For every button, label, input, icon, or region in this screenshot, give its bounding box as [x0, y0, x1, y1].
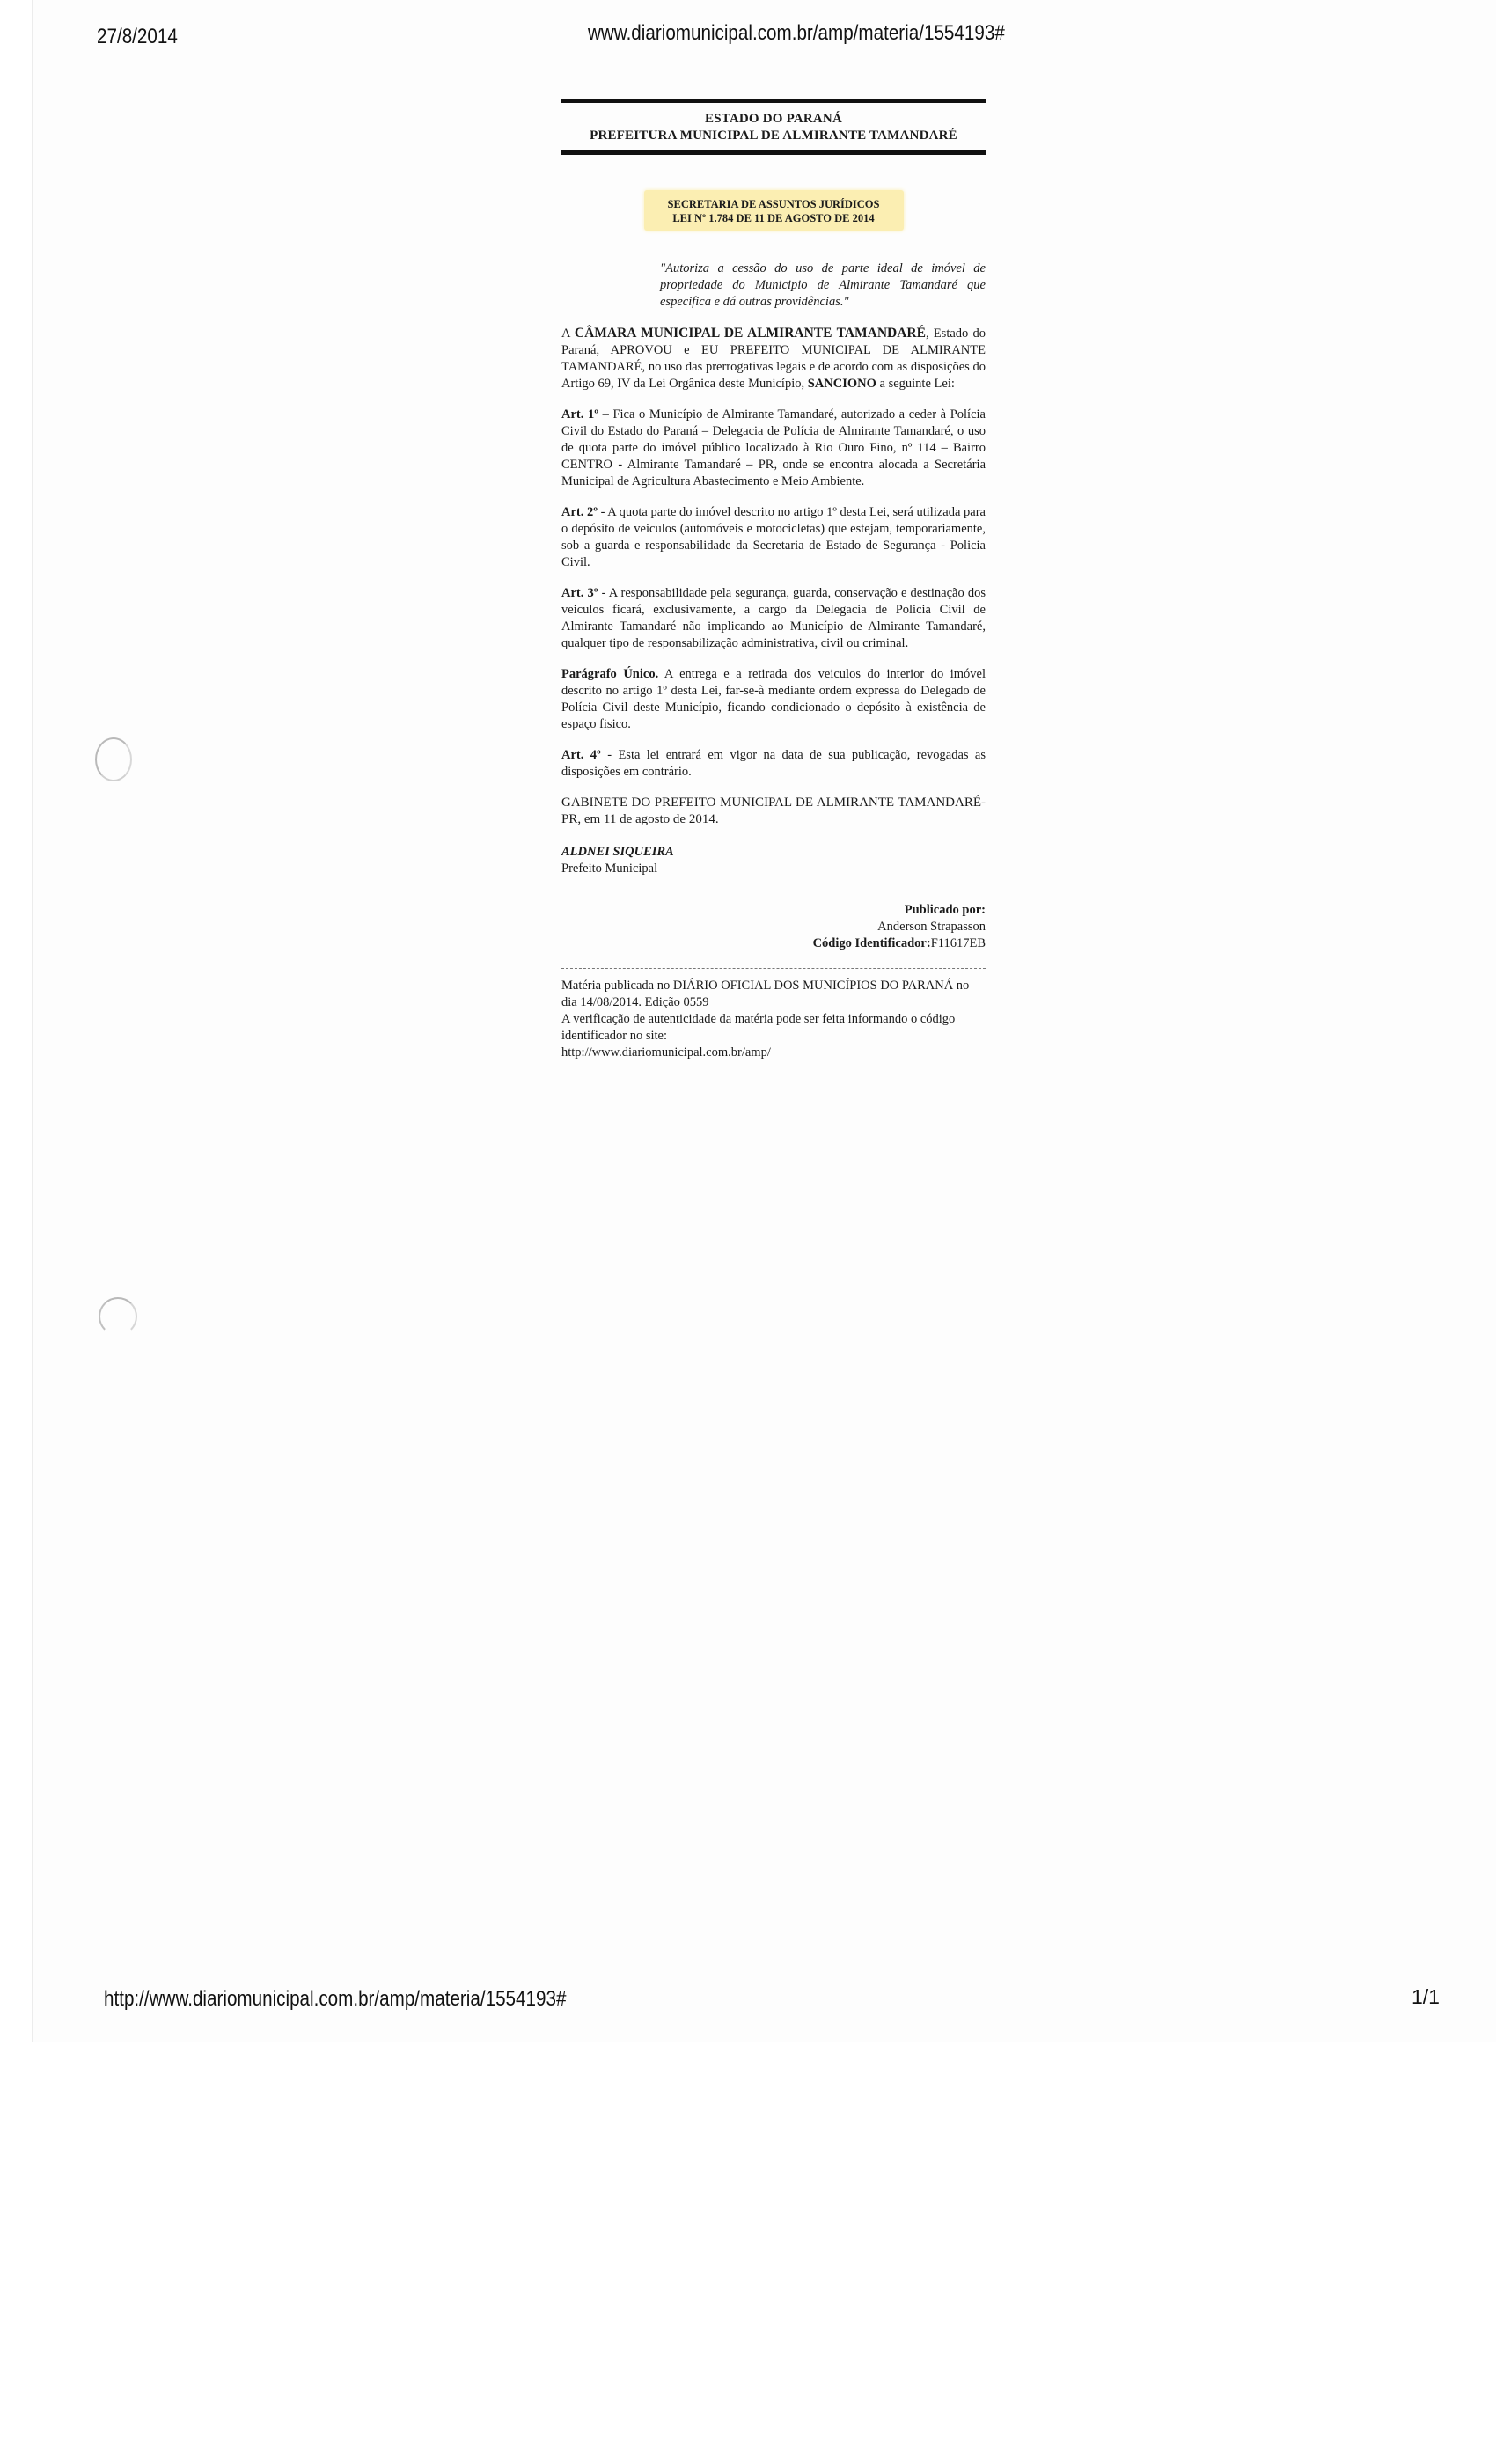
identifier-code: F11617EB	[931, 936, 986, 950]
chamber-name: CÂMARA MUNICIPAL DE ALMIRANTE TAMANDARÉ	[575, 326, 926, 341]
article-label: Art. 3º	[561, 586, 598, 600]
cabinet-dateline: GABINETE DO PREFEITO MUNICIPAL DE ALMIRA…	[561, 795, 986, 828]
law-document: ESTADO DO PARANÁ PREFEITURA MUNICIPAL DE…	[561, 99, 986, 1061]
header-rule-bottom	[561, 150, 986, 155]
article-label: Art. 4º	[561, 748, 601, 762]
punch-hole-icon	[95, 737, 132, 781]
article-text: - Esta lei entrará em vigor na data de s…	[561, 748, 986, 779]
signature-block: ALDNEI SIQUEIRA Prefeito Municipal	[561, 844, 986, 877]
print-date: 27/8/2014	[97, 25, 178, 49]
signer-title: Prefeito Municipal	[561, 861, 986, 877]
publisher-name: Anderson Strapasson	[561, 919, 986, 935]
article-label: Art. 1º	[561, 407, 598, 422]
government-header: ESTADO DO PARANÁ PREFEITURA MUNICIPAL DE…	[561, 103, 986, 150]
article: Art. 3º - A responsabilidade pela segura…	[561, 585, 986, 652]
article-text: - A responsabilidade pela segurança, gua…	[561, 586, 986, 650]
article: Art. 1º – Fica o Município de Almirante …	[561, 407, 986, 490]
article: Art. 4º - Esta lei entrará em vigor na d…	[561, 747, 986, 781]
article-label: Art. 2º	[561, 505, 598, 519]
secretariat-name: SECRETARIA DE ASSUNTOS JURÍDICOS	[644, 197, 904, 211]
law-title-highlight: SECRETARIA DE ASSUNTOS JURÍDICOS LEI Nº …	[644, 190, 904, 231]
publication-note: Matéria publicada no DIÁRIO OFICIAL DOS …	[561, 978, 986, 1061]
page-number: 1/1	[1412, 1985, 1440, 2009]
publication-info: Publicado por: Anderson Strapasson Códig…	[561, 902, 986, 952]
article: Parágrafo Único. A entrega e a retirada …	[561, 666, 986, 733]
article-text: – Fica o Município de Almirante Tamandar…	[561, 407, 986, 488]
published-by-label: Publicado por:	[905, 903, 986, 917]
publication-note-edition: Matéria publicada no DIÁRIO OFICIAL DOS …	[561, 978, 986, 1011]
preamble: A CÂMARA MUNICIPAL DE ALMIRANTE TAMANDAR…	[561, 325, 986, 392]
publication-note-verification: A verificação de autenticidade da matéri…	[561, 1011, 986, 1045]
article-label: Parágrafo Único.	[561, 667, 658, 681]
punch-hole-icon	[99, 1297, 137, 1336]
municipality-name: PREFEITURA MUNICIPAL DE ALMIRANTE TAMAND…	[561, 128, 986, 144]
code-label: Código Identificador:	[813, 936, 931, 950]
sanction-verb: SANCIONO	[808, 377, 876, 391]
article: Art. 2º - A quota parte do imóvel descri…	[561, 504, 986, 571]
article-text: - A quota parte do imóvel descrito no ar…	[561, 505, 986, 569]
footer-url: http://www.diariomunicipal.com.br/amp/ma…	[104, 1987, 566, 2012]
signer-name: ALDNEI SIQUEIRA	[561, 844, 986, 861]
print-url: www.diariomunicipal.com.br/amp/materia/1…	[588, 21, 1005, 46]
law-number: LEI Nº 1.784 DE 11 DE AGOSTO DE 2014	[644, 211, 904, 225]
articles-list: Art. 1º – Fica o Município de Almirante …	[561, 407, 986, 781]
separator	[561, 968, 986, 969]
verification-url: http://www.diariomunicipal.com.br/amp/	[561, 1045, 986, 1061]
state-name: ESTADO DO PARANÁ	[561, 111, 986, 128]
law-summary: "Autoriza a cessão do uso de parte ideal…	[660, 260, 986, 311]
